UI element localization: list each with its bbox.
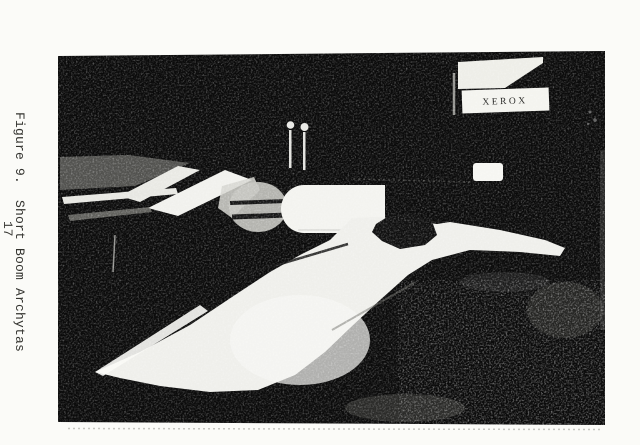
scan-artifact-dotted-line — [68, 429, 603, 430]
figure-photo: XEROX — [58, 50, 605, 435]
page-number: 17 — [0, 221, 15, 237]
film-grain-overlay-2 — [398, 280, 605, 425]
scanned-page: Figure 9. Short Boom Archytas 17 — [0, 0, 640, 445]
